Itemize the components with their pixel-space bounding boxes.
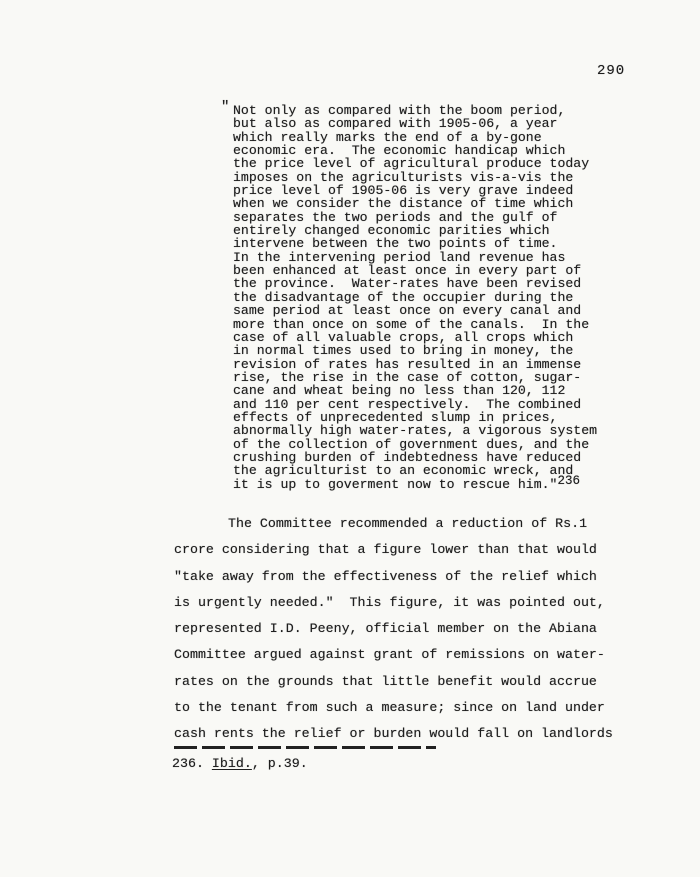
body-line: "take away from the effectiveness of the… (174, 564, 613, 590)
quote-line: entirely changed economic parities which (233, 224, 597, 237)
footnote: 236. Ibid., p.39. (172, 756, 308, 771)
quote-line: the province. Water-rates have been revi… (233, 277, 597, 290)
footnote-citation: Ibid. (212, 756, 252, 771)
body-line: The Committee recommended a reduction of… (174, 511, 613, 537)
quote-line: the price level of agricultural produce … (233, 157, 597, 170)
body-line: rates on the grounds that little benefit… (174, 669, 613, 695)
quote-line: crushing burden of indebtedness have red… (233, 451, 597, 464)
quote-line: in normal times used to bring in money, … (233, 344, 597, 357)
page-number: 290 (597, 63, 625, 79)
quote-line: revision of rates has resulted in an imm… (233, 358, 597, 371)
quote-line: been enhanced at least once in every par… (233, 264, 597, 277)
quote-line: but also as compared with 1905-06, a yea… (233, 117, 597, 130)
quote-line: of the collection of government dues, an… (233, 438, 597, 451)
quote-line: rise, the rise in the case of cotton, su… (233, 371, 597, 384)
body-line: cash rents the relief or burden would fa… (174, 721, 613, 747)
quote-last-line-text: it is up to goverment now to rescue him.… (233, 477, 557, 492)
quote-line: the disadvantage of the occupier during … (233, 291, 597, 304)
quote-line: effects of unprecedented slump in prices… (233, 411, 597, 424)
body-line: is urgently needed." This figure, it was… (174, 590, 613, 616)
body-line: Committee argued against grant of remiss… (174, 642, 613, 668)
quote-line: which really marks the end of a by-gone (233, 131, 597, 144)
scanned-document-page: 290 " Not only as compared with the boom… (0, 0, 700, 877)
body-line: to the tenant from such a measure; since… (174, 695, 613, 721)
quote-opening-mark: " (221, 99, 229, 115)
body-paragraph: The Committee recommended a reduction of… (174, 511, 613, 748)
quote-line: In the intervening period land revenue h… (233, 251, 597, 264)
body-line: crore considering that a figure lower th… (174, 537, 613, 563)
quote-line: cane and wheat being no less than 120, 1… (233, 384, 597, 397)
body-line: represented I.D. Peeny, official member … (174, 616, 613, 642)
quote-line: the agriculturist to an economic wreck, … (233, 464, 597, 477)
quote-line: more than once on some of the canals. In… (233, 318, 597, 331)
quote-line: imposes on the agriculturists vis-a-vis … (233, 171, 597, 184)
quote-line: abnormally high water-rates, a vigorous … (233, 424, 597, 437)
quote-last-line: it is up to goverment now to rescue him.… (233, 478, 597, 492)
quote-line: price level of 1905-06 is very grave ind… (233, 184, 597, 197)
footnote-page-ref: , p.39. (252, 756, 308, 771)
footnote-separator-rule (174, 746, 436, 749)
footnote-number: 236. (172, 756, 212, 771)
quote-line: same period at least once on every canal… (233, 304, 597, 317)
footnote-reference-superscript: 236 (557, 474, 580, 488)
quote-line: separates the two periods and the gulf o… (233, 211, 597, 224)
quote-lines: Not only as compared with the boom perio… (233, 104, 597, 478)
quote-line: economic era. The economic handicap whic… (233, 144, 597, 157)
quote-line: when we consider the distance of time wh… (233, 197, 597, 210)
quote-line: intervene between the two points of time… (233, 237, 597, 250)
quote-line: case of all valuable crops, all crops wh… (233, 331, 597, 344)
quote-line: and 110 per cent respectively. The combi… (233, 398, 597, 411)
quote-line: Not only as compared with the boom perio… (233, 104, 597, 117)
block-quote: Not only as compared with the boom perio… (233, 104, 597, 492)
